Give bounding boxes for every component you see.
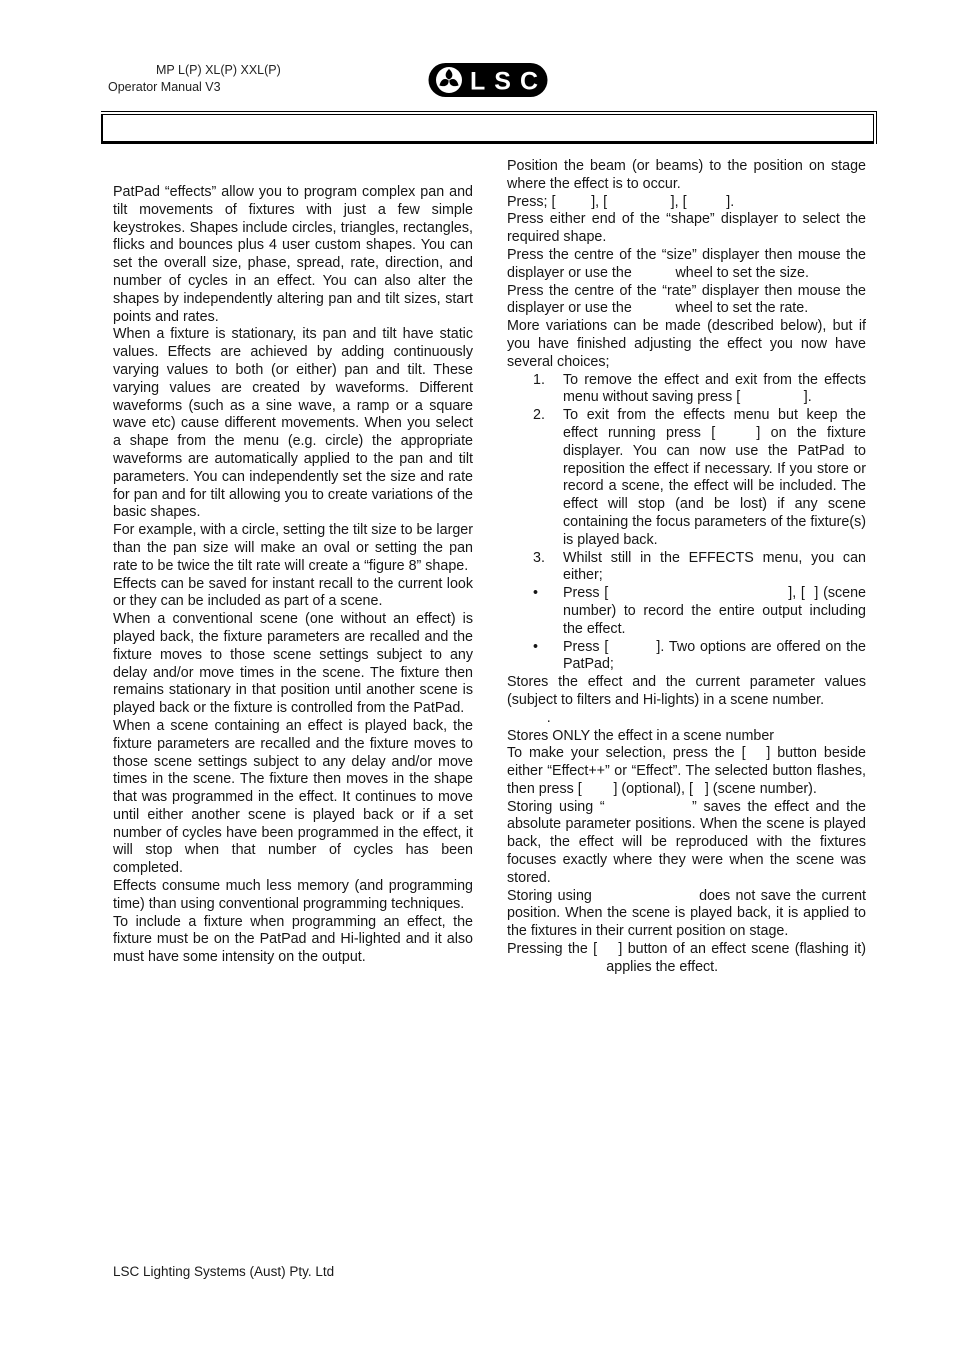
choice-item-1: 1. To remove the effect and exit from th… (507, 372, 866, 408)
header-manual-line: Operator Manual V3 (108, 79, 221, 95)
choice-number-2: 2. (533, 407, 545, 425)
choice-text-1: To remove the effect and exit from the e… (563, 372, 866, 406)
choice-text-3: Whilst still in the EFFECTS menu, you ca… (563, 550, 866, 584)
left-column: PatPad “effects” allow you to program co… (113, 184, 473, 967)
record-scene-bullet: • Press [ ], [ ] (scene number) to recor… (507, 585, 866, 638)
effects-memory-paragraph: Effects consume much less memory (and pr… (113, 878, 473, 914)
bullet-marker-1: • (533, 585, 538, 603)
section-title-box-inner (101, 114, 874, 144)
choice-number-1: 1. (533, 372, 545, 390)
press-keys-step: Press; [ ], [ ], [ ]. (507, 194, 866, 212)
storing-effect-paragraph: Storing using does not save the current … (507, 888, 866, 941)
effects-saved-paragraph: Effects can be saved for instant recall … (113, 576, 473, 612)
more-variations-intro: More variations can be made (described b… (507, 318, 866, 371)
patpad-options-bullet-text: Press [ ]. Two options are offered on th… (563, 639, 866, 673)
shape-displayer-step: Press either end of the “shape” displaye… (507, 211, 866, 247)
storing-effect-plus-plus-paragraph: Storing using “ ” saves the effect and t… (507, 799, 866, 888)
lsc-logo: LSC (428, 61, 548, 99)
lsc-roundel-icon: LSC (428, 61, 548, 99)
header-product-line: MP L(P) XL(P) XXL(P) (156, 62, 281, 78)
patpad-options-bullet: • Press [ ]. Two options are offered on … (507, 639, 866, 675)
size-displayer-step: Press the centre of the “size” displayer… (507, 247, 866, 283)
choice-item-3: 3. Whilst still in the EFFECTS menu, you… (507, 550, 866, 586)
patpad-intro-paragraph: PatPad “effects” allow you to program co… (113, 184, 473, 326)
choice-text-2: To exit from the effects menu but keep t… (563, 407, 866, 548)
lsc-logo-text: LSC (470, 68, 547, 96)
rate-displayer-step: Press the centre of the “rate” displayer… (507, 283, 866, 319)
stores-full-description: Stores the effect and the current parame… (507, 674, 866, 710)
footer-text: LSC Lighting Systems (Aust) Pty. Ltd (113, 1264, 334, 1279)
record-scene-bullet-text: Press [ ], [ ] (scene number) to record … (563, 585, 866, 637)
conventional-scene-playback-paragraph: When a conventional scene (one without a… (113, 611, 473, 718)
waveforms-explanation-paragraph: When a fixture is stationary, its pan an… (113, 326, 473, 522)
position-beam-step: Position the beam (or beams) to the posi… (507, 158, 866, 194)
section-title-box (101, 111, 877, 144)
make-selection-instructions: To make your selection, press the [ ] bu… (507, 745, 866, 798)
choice-item-2: 2. To exit from the effects menu but kee… (507, 407, 866, 549)
bullet-marker-2: • (533, 639, 538, 657)
include-fixture-note-paragraph: To include a fixture when programming an… (113, 914, 473, 967)
choice-number-3: 3. (533, 550, 545, 568)
effect-scene-playback-paragraph: When a scene containing an effect is pla… (113, 718, 473, 878)
figure-eight-example-paragraph: For example, with a circle, setting the … (113, 522, 473, 575)
dot-line: . (507, 710, 866, 728)
stores-only-description: Stores ONLY the effect in a scene number (507, 728, 866, 746)
pressing-effect-scene-paragraph: Pressing the [ ] button of an effect sce… (507, 941, 866, 977)
right-column: Position the beam (or beams) to the posi… (507, 158, 866, 977)
